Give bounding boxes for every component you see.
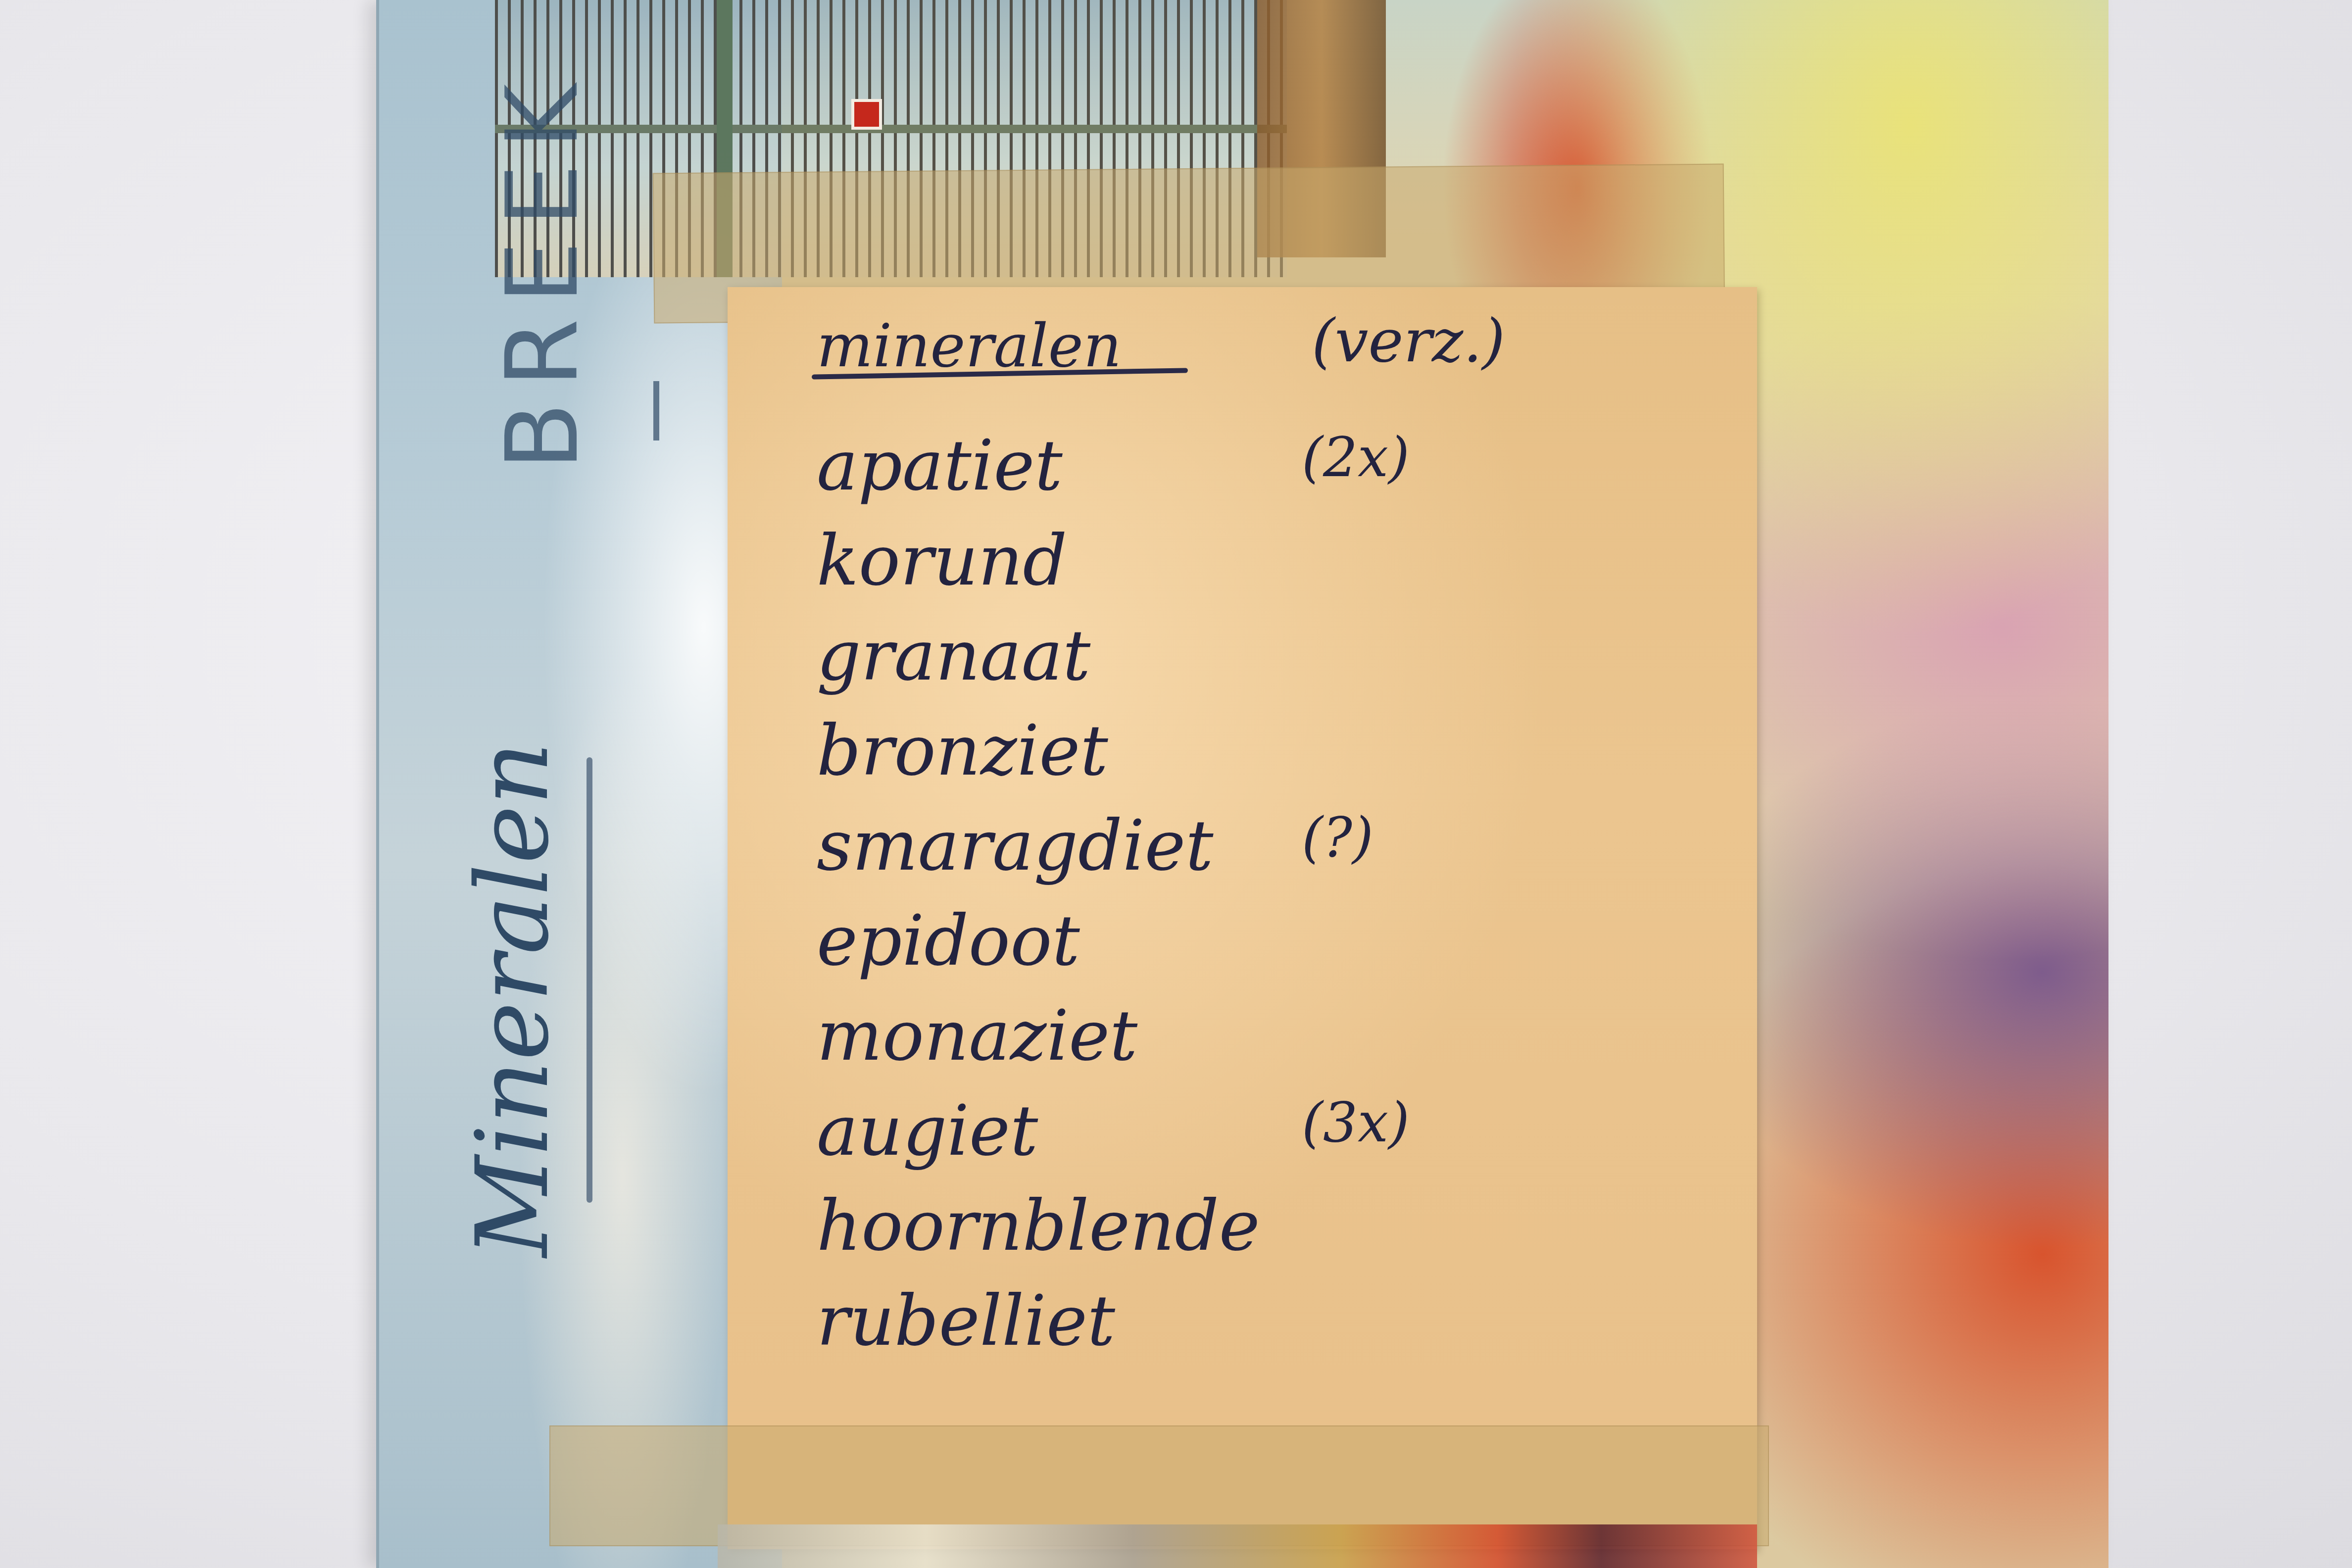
foil-packet-edge [718, 1524, 1757, 1568]
brand-mark [653, 381, 659, 441]
mineral-name: bronziet [817, 711, 1108, 791]
label-title-note: (verz.) [1312, 307, 1505, 376]
mineral-name: augiet [817, 1091, 1038, 1172]
printed-brand-text: BREEK [485, 69, 600, 470]
windmill-red-mark [851, 99, 882, 130]
mineral-name: smaragdiet [817, 806, 1214, 886]
mineral-note: (3x) [1302, 1091, 1410, 1154]
mineral-note: (2x) [1302, 426, 1410, 489]
mineral-name: granaat [817, 616, 1090, 696]
mineral-name: hoornblende [817, 1186, 1260, 1267]
mineral-name: apatiet [817, 426, 1063, 506]
paper-label: mineralen (verz.) apatiet (2x) korund gr… [728, 287, 1757, 1549]
mineral-name: monaziet [817, 996, 1137, 1077]
mineral-name: epidoot [817, 901, 1080, 981]
side-label-underline [587, 757, 592, 1203]
mineral-name: korund [817, 521, 1067, 601]
mineral-note: (?) [1302, 806, 1373, 869]
side-handwritten-label: Mineralen [455, 741, 571, 1257]
mineral-name: rubelliet [817, 1281, 1115, 1362]
